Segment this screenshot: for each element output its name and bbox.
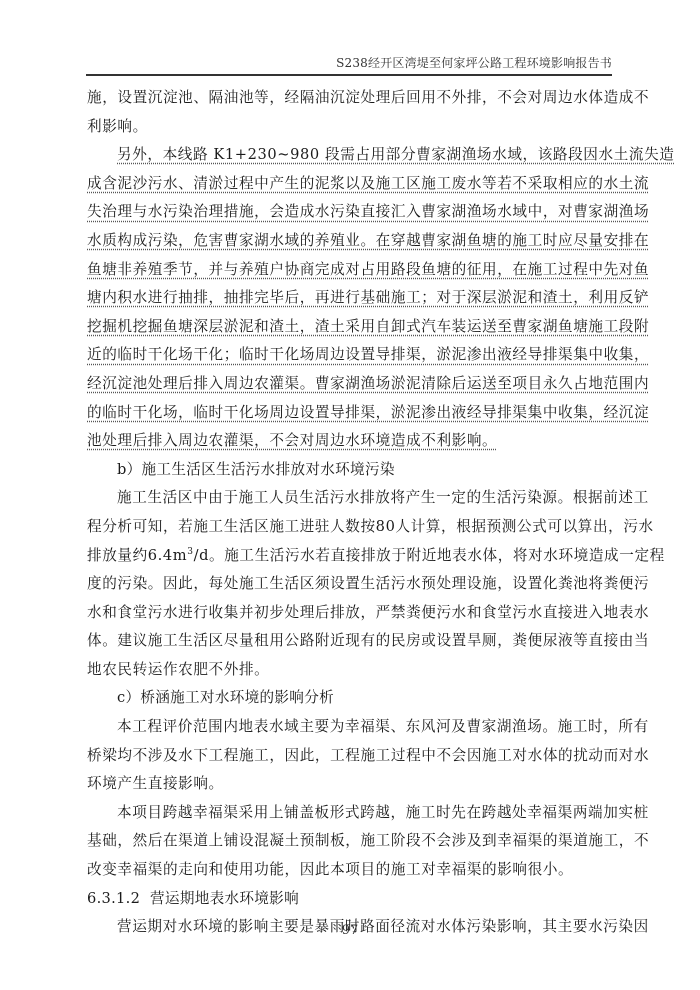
page-number: 97 <box>0 923 700 938</box>
text-line-underlined: 塘内积水进行抽排，抽排完毕后，再进行基础施工；对于深层淤泥和渣土，利用反铲 <box>87 284 613 313</box>
text-line-underlined: 经沉淀池处理后排入周边农灌渠。曹家湖渔场淤泥清除后运送至项目永久占地范围内 <box>87 370 613 399</box>
text-line-underlined: 近的临时干化场干化；临时干化场周边设置导排渠，淤泥渗出液经导排渠集中收集， <box>87 341 613 370</box>
underlined-text: 挖掘机挖掘鱼塘深层淤泥和渣土，渣土采用自卸式汽车装运送至曹家湖鱼塘施工段附 <box>87 318 649 335</box>
underlined-text: 鱼塘非养殖季节，并与养殖户协商完成对占用路段鱼塘的征用，在施工过程中先对鱼 <box>87 261 649 278</box>
underlined-text: 的临时干化场，临时干化场周边设置导排渠，淤泥渗出液经导排渠集中收集，经沉淀 <box>87 404 649 421</box>
text-line-underlined: 挖掘机挖掘鱼塘深层淤泥和渣土，渣土采用自卸式汽车装运送至曹家湖鱼塘施工段附 <box>87 313 613 342</box>
text-line: 本项目跨越幸福渠采用上铺盖板形式跨越，施工时先在跨越处幸福渠两端加实桩 <box>87 799 613 828</box>
text-line-underlined: 水质构成污染，危害曹家湖水域的养殖业。在穿越曹家湖鱼塘的施工时应尽量安排在 <box>87 227 613 256</box>
text-line: 环境产生直接影响。 <box>87 770 613 799</box>
text-line-underlined: 另外，本线路 K1+230~980 段需占用部分曹家湖渔场水域，该路段因水土流失… <box>87 141 613 170</box>
text-line: 基础，然后在渠道上铺设混凝土预制板，施工阶段不会涉及到幸福渠的渠道施工，不 <box>87 827 613 856</box>
text-line-underlined: 的临时干化场，临时干化场周边设置导排渠，淤泥渗出液经导排渠集中收集，经沉淀 <box>87 399 613 428</box>
text-line-underlined: 成含泥沙污水、清淤过程中产生的泥浆以及施工区施工废水等若不采取相应的水土流 <box>87 170 613 199</box>
underlined-text: 池处理后排入周边农灌渠，不会对周边水环境造成不利影响。 <box>87 432 497 449</box>
underlined-text: 塘内积水进行抽排，抽排完毕后，再进行基础施工；对于深层淤泥和渣土，利用反铲 <box>87 289 649 306</box>
text-line: 改变幸福渠的走向和使用功能，因此本项目的施工对幸福渠的影响很小。 <box>87 856 613 885</box>
text-line-underlined: 鱼塘非养殖季节，并与养殖户协商完成对占用路段鱼塘的征用，在施工过程中先对鱼 <box>87 256 613 285</box>
text-line: 度的污染。因此，每处施工生活区须设置生活污水预处理设施，设置化粪池将粪便污 <box>87 570 613 599</box>
discharge-suffix: /d。施工生活污水若直接排放于附近地表水体，将对水环境造成一定程 <box>194 547 665 564</box>
text-line-underlined: 池处理后排入周边农灌渠，不会对周边水环境造成不利影响。 <box>87 427 613 456</box>
underlined-text: 另外，本线路 K1+230~980 段需占用部分曹家湖渔场水域，该路段因水土流失… <box>117 146 674 163</box>
text-line: 施，设置沉淀池、隔油池等，经隔油沉淀处理后回用不外排，不会对周边水体造成不 <box>87 84 613 113</box>
text-line: 排放量约6.4m3/d。施工生活污水若直接排放于附近地表水体，将对水环境造成一定… <box>87 542 613 571</box>
text-line: 体。建议施工生活区尽量租用公路附近现有的民房或设置旱厕，粪便尿液等直接由当 <box>87 627 613 656</box>
document-body: 施，设置沉淀池、隔油池等，经隔油沉淀处理后回用不外排，不会对周边水体造成不 利影… <box>87 84 613 942</box>
text-line: 地农民转运作农肥不外排。 <box>87 656 613 685</box>
text-line: 桥梁均不涉及水下工程施工，因此，工程施工过程中不会因施工对水体的扰动而对水 <box>87 742 613 771</box>
text-line-underlined: 失治理与水污染治理措施，会造成水污染直接汇入曹家湖渔场水域中，对曹家湖渔场 <box>87 198 613 227</box>
underlined-text: 近的临时干化场干化；临时干化场周边设置导排渠，淤泥渗出液经导排渠集中收集， <box>87 346 649 363</box>
text-line: 程分析可知，若施工生活区施工进驻人数按80人计算，根据预测公式可以算出，污水 <box>87 513 613 542</box>
text-line: 本工程评价范围内地表水域主要为幸福渠、东风河及曹家湖渔场。施工时，所有 <box>87 713 613 742</box>
text-line: 水和食堂污水进行收集并初步处理后排放，严禁粪便污水和食堂污水直接进入地表水 <box>87 599 613 628</box>
discharge-prefix: 排放量约6.4m <box>87 547 187 564</box>
subheading-b: b）施工生活区生活污水排放对水环境污染 <box>87 456 613 485</box>
underlined-text: 失治理与水污染治理措施，会造成水污染直接汇入曹家湖渔场水域中，对曹家湖渔场 <box>87 203 649 220</box>
underlined-text: 经沉淀池处理后排入周边农灌渠。曹家湖渔场淤泥清除后运送至项目永久占地范围内 <box>87 375 649 392</box>
section-heading: 6.3.1.2 营运期地表水环境影响 <box>87 885 613 914</box>
underlined-text: 水质构成污染，危害曹家湖水域的养殖业。在穿越曹家湖鱼塘的施工时应尽量安排在 <box>87 232 649 249</box>
report-title: S238经开区湾堤至何家坪公路工程环境影响报告书 <box>336 54 612 71</box>
text-line: 施工生活区中由于施工人员生活污水排放将产生一定的生活污染源。根据前述工 <box>87 484 613 513</box>
text-line: 利影响。 <box>87 113 613 142</box>
subheading-c: c）桥涵施工对水环境的影响分析 <box>87 684 613 713</box>
underlined-text: 成含泥沙污水、清淤过程中产生的泥浆以及施工区施工废水等若不采取相应的水土流 <box>87 175 649 192</box>
page-header: S238经开区湾堤至何家坪公路工程环境影响报告书 <box>86 50 612 76</box>
